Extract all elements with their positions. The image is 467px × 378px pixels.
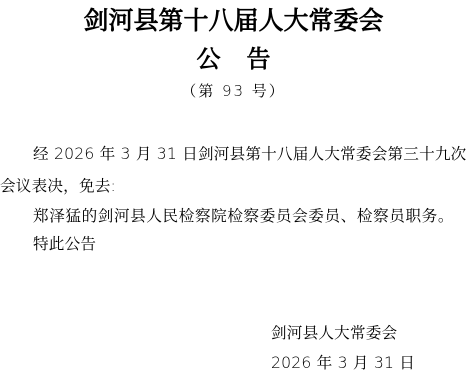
document-title: 剑河县第十八届人大常委会	[0, 6, 467, 36]
subtitle-char-1: 公	[197, 44, 221, 74]
paragraph-1-line-1: 经 2026 年 3 月 31 日剑河县第十八届人大常委会第三十九次	[33, 144, 466, 164]
signature-issuer: 剑河县人大常委会	[271, 323, 397, 343]
document-number: （第 93 号）	[0, 81, 467, 101]
signature-date: 2026 年 3 月 31 日	[271, 353, 415, 373]
paragraph-2: 郑泽猛的剑河县人民检察院检察委员会委员、检察员职务。	[33, 206, 454, 226]
document-subtitle: 公告	[0, 44, 467, 74]
subtitle-char-2: 告	[247, 44, 271, 74]
paragraph-1-line-2: 会议表决，免去:	[0, 176, 116, 196]
closing-text: 特此公告	[33, 234, 96, 254]
